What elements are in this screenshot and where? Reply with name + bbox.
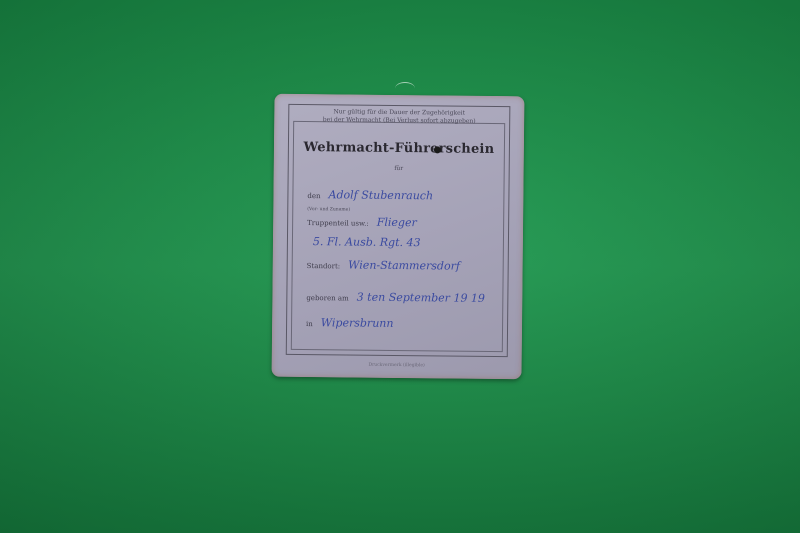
punch-hole	[434, 146, 441, 153]
field-value: 3 ten September 19 19	[357, 291, 485, 305]
field-unit-detail: 5. Fl. Ausb. Rgt. 43	[313, 235, 421, 249]
header-note: Nur gültig für die Dauer der Zugehörigke…	[292, 108, 506, 126]
field-label: in	[306, 320, 313, 328]
field-birthdate: geboren am3 ten September 19 19	[306, 290, 485, 305]
field-unit: Truppenteil usw.:Flieger	[307, 215, 417, 229]
field-garrison: Standort:Wien-Stammersdorf	[307, 258, 460, 273]
field-name: denAdolf Stubenrauch	[307, 188, 433, 202]
field-label: Standort:	[307, 262, 341, 270]
field-value: Wien-Stammersdorf	[348, 258, 460, 272]
field-value: Adolf Stubenrauch	[329, 188, 434, 202]
name-sublabel: (Vor- und Zuname)	[307, 207, 350, 212]
loose-thread	[395, 82, 415, 95]
field-label: geboren am	[306, 294, 348, 302]
field-value: 5. Fl. Ausb. Rgt. 43	[313, 235, 421, 249]
field-value: Wipersbrunn	[321, 316, 394, 330]
field-label: den	[307, 192, 320, 200]
field-label: Truppenteil usw.:	[307, 219, 369, 228]
field-birthplace: inWipersbrunn	[306, 316, 394, 330]
driver-licence-card: Nur gültig für die Dauer der Zugehörigke…	[272, 94, 525, 380]
document-title: Wehrmacht-Führerschein	[274, 140, 524, 158]
printer-mark: Druckvermerk (illegible)	[302, 362, 492, 369]
field-value: Flieger	[377, 216, 417, 229]
